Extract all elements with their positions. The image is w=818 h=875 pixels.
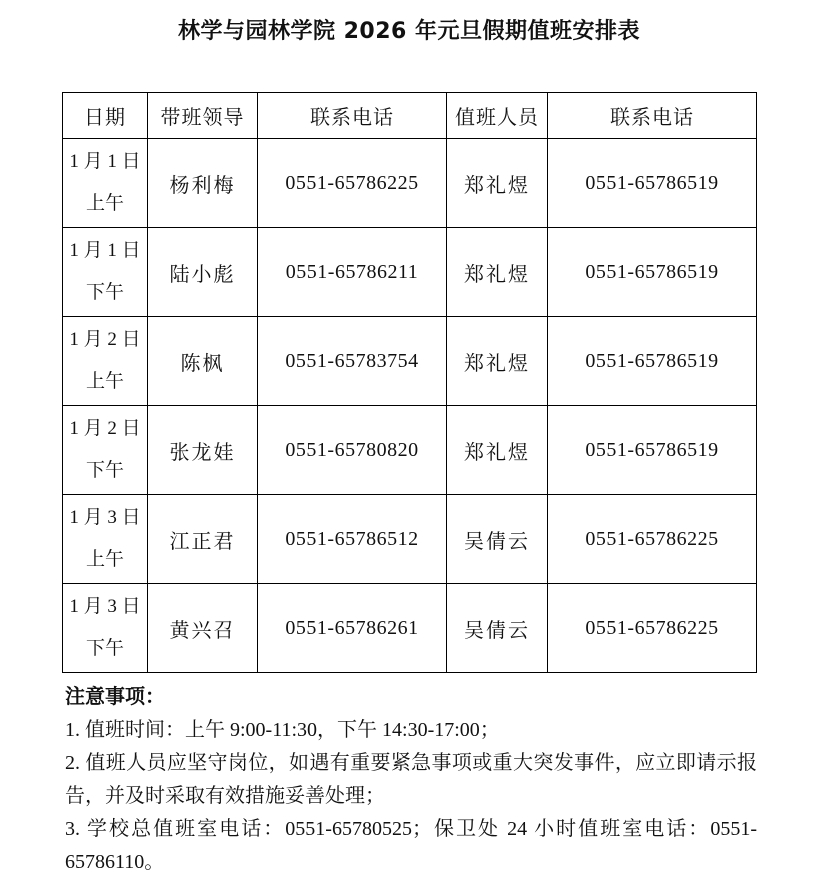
date-cell: 1 月 1 日 上午 bbox=[63, 139, 148, 228]
leader-name: 杨利梅 bbox=[148, 139, 258, 228]
table-header-row: 日期 带班领导 联系电话 值班人员 联系电话 bbox=[63, 93, 757, 139]
period-text: 下午 bbox=[65, 450, 145, 492]
duty-person-name: 郑礼煜 bbox=[447, 317, 548, 406]
date-text: 1 月 2 日 bbox=[65, 408, 145, 450]
date-cell: 1 月 2 日 上午 bbox=[63, 317, 148, 406]
date-text: 1 月 1 日 bbox=[65, 230, 145, 272]
duty-person-phone: 0551-65786519 bbox=[548, 406, 757, 495]
duty-person-phone: 0551-65786225 bbox=[548, 584, 757, 673]
date-cell: 1 月 3 日 下午 bbox=[63, 584, 148, 673]
leader-name: 陆小彪 bbox=[148, 228, 258, 317]
date-text: 1 月 3 日 bbox=[65, 497, 145, 539]
duty-person-name: 吴倩云 bbox=[447, 495, 548, 584]
column-header-leader-phone: 联系电话 bbox=[258, 93, 447, 139]
page-title: 林学与园林学院 2026 年元旦假期值班安排表 bbox=[0, 14, 818, 45]
period-text: 下午 bbox=[65, 272, 145, 314]
leader-phone: 0551-65786211 bbox=[258, 228, 447, 317]
table-row: 1 月 2 日 上午 陈枫 0551-65783754 郑礼煜 0551-657… bbox=[63, 317, 757, 406]
leader-name: 陈枫 bbox=[148, 317, 258, 406]
column-header-leader: 带班领导 bbox=[148, 93, 258, 139]
leader-name: 江正君 bbox=[148, 495, 258, 584]
duty-person-name: 郑礼煜 bbox=[447, 406, 548, 495]
note-item-duty-rules: 2. 值班人员应坚守岗位，如遇有重要紧急事项或重大突发事件，应立即请示报告，并及… bbox=[65, 747, 757, 813]
period-text: 上午 bbox=[65, 361, 145, 403]
leader-phone: 0551-65780820 bbox=[258, 406, 447, 495]
period-text: 上午 bbox=[65, 183, 145, 225]
note-item-emergency-phones: 3. 学校总值班室电话：0551-65780525；保卫处 24 小时值班室电话… bbox=[65, 813, 757, 875]
duty-person-phone: 0551-65786519 bbox=[548, 139, 757, 228]
column-header-date: 日期 bbox=[63, 93, 148, 139]
table-row: 1 月 1 日 下午 陆小彪 0551-65786211 郑礼煜 0551-65… bbox=[63, 228, 757, 317]
duty-person-name: 吴倩云 bbox=[447, 584, 548, 673]
date-text: 1 月 2 日 bbox=[65, 319, 145, 361]
column-header-duty-phone: 联系电话 bbox=[548, 93, 757, 139]
duty-person-name: 郑礼煜 bbox=[447, 139, 548, 228]
notes-section: 注意事项： 1. 值班时间：上午 9:00-11:30，下午 14:30-17:… bbox=[65, 681, 757, 875]
date-cell: 1 月 2 日 下午 bbox=[63, 406, 148, 495]
period-text: 下午 bbox=[65, 628, 145, 670]
note-item-duty-hours: 1. 值班时间：上午 9:00-11:30，下午 14:30-17:00； bbox=[65, 714, 757, 747]
date-cell: 1 月 3 日 上午 bbox=[63, 495, 148, 584]
duty-person-name: 郑礼煜 bbox=[447, 228, 548, 317]
leader-phone: 0551-65786225 bbox=[258, 139, 447, 228]
date-cell: 1 月 1 日 下午 bbox=[63, 228, 148, 317]
leader-name: 张龙娃 bbox=[148, 406, 258, 495]
leader-phone: 0551-65786261 bbox=[258, 584, 447, 673]
date-text: 1 月 3 日 bbox=[65, 586, 145, 628]
period-text: 上午 bbox=[65, 539, 145, 581]
table-row: 1 月 3 日 上午 江正君 0551-65786512 吴倩云 0551-65… bbox=[63, 495, 757, 584]
table-row: 1 月 1 日 上午 杨利梅 0551-65786225 郑礼煜 0551-65… bbox=[63, 139, 757, 228]
notes-heading: 注意事项： bbox=[65, 681, 757, 714]
column-header-duty-person: 值班人员 bbox=[447, 93, 548, 139]
duty-schedule-table: 日期 带班领导 联系电话 值班人员 联系电话 1 月 1 日 上午 杨利梅 05… bbox=[62, 92, 757, 673]
date-text: 1 月 1 日 bbox=[65, 141, 145, 183]
leader-name: 黄兴召 bbox=[148, 584, 258, 673]
leader-phone: 0551-65783754 bbox=[258, 317, 447, 406]
duty-person-phone: 0551-65786519 bbox=[548, 317, 757, 406]
leader-phone: 0551-65786512 bbox=[258, 495, 447, 584]
table-row: 1 月 2 日 下午 张龙娃 0551-65780820 郑礼煜 0551-65… bbox=[63, 406, 757, 495]
duty-person-phone: 0551-65786519 bbox=[548, 228, 757, 317]
table-row: 1 月 3 日 下午 黄兴召 0551-65786261 吴倩云 0551-65… bbox=[63, 584, 757, 673]
duty-person-phone: 0551-65786225 bbox=[548, 495, 757, 584]
